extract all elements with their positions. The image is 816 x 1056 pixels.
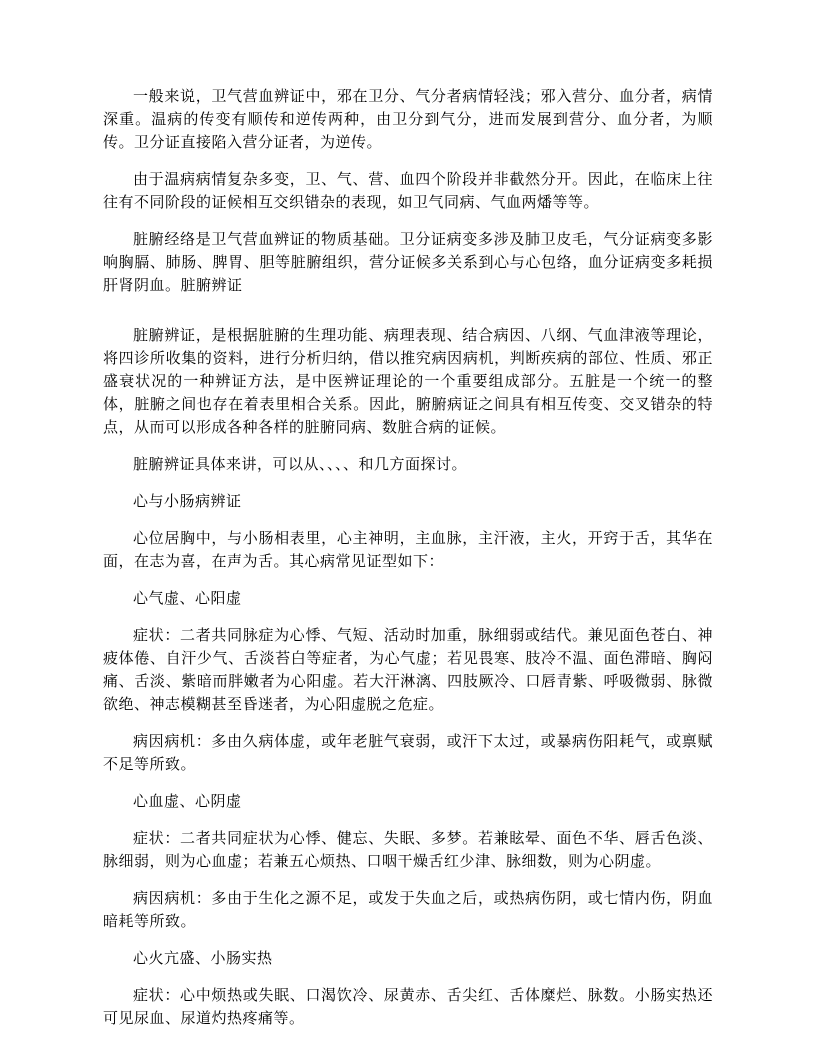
paragraph-symptoms-qi-yang: 症状：二者共同脉症为心悸、气短、活动时加重，脉细弱或结代。兼见面色苍白、神疲体倦…	[103, 625, 713, 717]
heading-heart-fire-intestine-heat: 心火亢盛、小肠实热	[103, 948, 713, 971]
paragraph-symptoms-heart-fire: 症状：心中烦热或失眠、口渴饮冷、尿黄赤、舌尖红、舌体糜烂、脉数。小肠实热还可见尿…	[103, 985, 713, 1031]
paragraph-weiqiyingxue-overview: 一般来说，卫气营血辨证中，邪在卫分、气分者病情轻浅；邪入营分、血分者，病情深重。…	[103, 86, 713, 155]
heading-heart-blood-yin-deficiency: 心血虚、心阴虚	[103, 791, 713, 814]
paragraph-etiology-qi-yang: 病因病机：多由久病体虚，或年老脏气衰弱，或汗下太过，或暴病伤阳耗气，或禀赋不足等…	[103, 731, 713, 777]
paragraph-heart-physiology: 心位居胸中，与小肠相表里，心主神明，主血脉，主汗液，主火，开窍于舌，其华在面，在…	[103, 528, 713, 574]
heading-heart-small-intestine: 心与小肠病辨证	[103, 491, 713, 514]
heading-heart-qi-yang-deficiency: 心气虚、心阳虚	[103, 588, 713, 611]
paragraph-symptoms-blood-yin: 症状：二者共同症状为心悸、健忘、失眠、多梦。若兼眩晕、面色不华、唇舌色淡、脉细弱…	[103, 828, 713, 874]
paragraph-wenbing-stages: 由于温病病情复杂多变，卫、气、营、血四个阶段并非截然分开。因此，在临床上往往有不…	[103, 169, 713, 215]
paragraph-zangfu-definition: 脏腑辨证，是根据脏腑的生理功能、病理表现、结合病因、八纲、气血津液等理论，将四诊…	[103, 325, 713, 440]
paragraph-zangfu-discussion-intro: 脏腑辨证具体来讲，可以从、、、、和几方面探讨。	[103, 454, 713, 477]
paragraph-etiology-blood-yin: 病因病机：多由于生化之源不足，或发于失血之后，或热病伤阴，或七情内伤，阴血暗耗等…	[103, 888, 713, 934]
document-body: 一般来说，卫气营血辨证中，邪在卫分、气分者病情轻浅；邪入营分、血分者，病情深重。…	[103, 86, 713, 1031]
paragraph-zangfu-material-basis: 脏腑经络是卫气营血辨证的物质基础。卫分证病变多涉及肺卫皮毛，气分证病变多影响胸膈…	[103, 229, 713, 298]
document-page: 一般来说，卫气营血辨证中，邪在卫分、气分者病情轻浅；邪入营分、血分者，病情深重。…	[0, 0, 816, 1056]
